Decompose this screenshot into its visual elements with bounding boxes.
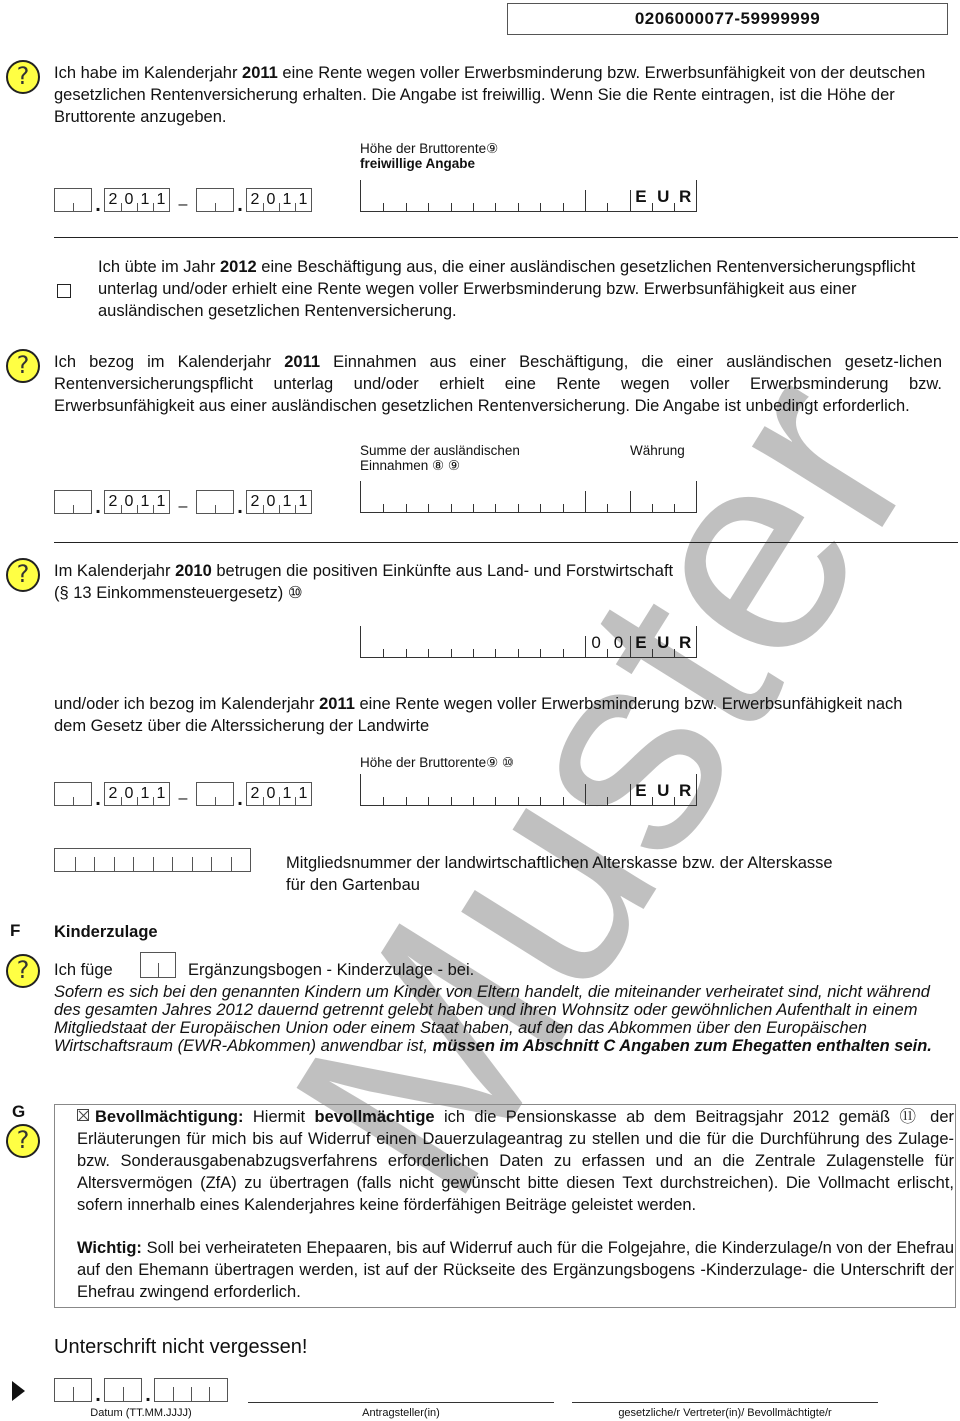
from-year-input[interactable]: 2011 bbox=[104, 782, 170, 806]
ausland-2011-text: Ich bezog im Kalenderjahr 2011 Einnahmen… bbox=[54, 351, 942, 417]
section-f-title: Kinderzulage bbox=[54, 921, 934, 943]
freiwillig-label: freiwillige Angabe bbox=[360, 156, 475, 171]
help-icon[interactable]: ? bbox=[6, 60, 40, 94]
section-f-note: Sofern es sich bei den genannten Kindern… bbox=[54, 983, 954, 1055]
from-month-input[interactable] bbox=[54, 490, 92, 514]
representative-signature-line[interactable] bbox=[572, 1402, 878, 1403]
bruttorente-label-2: Höhe der Bruttorente⑨ ⑩ bbox=[360, 755, 514, 770]
from-year-input[interactable]: 2011 bbox=[104, 490, 170, 514]
bruttorente-label: Höhe der Bruttorente⑨ bbox=[360, 141, 498, 156]
summe-label: Summe der ausländischen bbox=[360, 443, 520, 458]
waehrung-label: Währung bbox=[630, 443, 685, 458]
to-year-input[interactable]: 2011 bbox=[246, 782, 312, 806]
section-letter-f: F bbox=[10, 921, 20, 941]
day-input[interactable] bbox=[54, 1378, 92, 1402]
applicant-signature-line[interactable] bbox=[248, 1402, 554, 1403]
form-id: 0206000077-59999999 bbox=[507, 3, 948, 35]
ergaenzungsbogen-count-input[interactable] bbox=[140, 952, 176, 978]
help-icon[interactable]: ? bbox=[6, 349, 40, 383]
section-f-line-post: Ergänzungsbogen - Kinderzulage - bei. bbox=[188, 959, 788, 981]
period-field-3[interactable]: . 2011 – . 2011 bbox=[54, 782, 312, 806]
bevollmaechtigung-text: Bevollmächtigung: Hiermit bevollmächtige… bbox=[77, 1106, 954, 1216]
landwirtschaft-text: Im Kalenderjahr 2010 betrugen die positi… bbox=[54, 560, 934, 582]
bruttorente-amount-input[interactable]: EUR bbox=[360, 180, 697, 212]
ausland-2012-text: Ich übte im Jahr 2012 eine Beschäftigung… bbox=[98, 256, 938, 322]
help-icon[interactable]: ? bbox=[6, 1124, 40, 1158]
help-icon[interactable]: ? bbox=[6, 954, 40, 988]
date-label: Datum (TT.MM.JJJJ) bbox=[54, 1407, 228, 1419]
estg-reference: (§ 13 Einkommensteuergesetz) ⑩ bbox=[54, 582, 934, 604]
help-icon[interactable]: ? bbox=[6, 558, 40, 592]
mitgliedsnummer-label: Mitgliedsnummer der landwirtschaftlichen… bbox=[286, 852, 846, 896]
wichtig-text: Wichtig: Soll bei verheirateten Ehepaare… bbox=[77, 1237, 954, 1303]
bruttorente-landwirte-input[interactable]: EUR bbox=[360, 774, 697, 806]
from-month-input[interactable] bbox=[54, 782, 92, 806]
signature-date-input[interactable]: . . bbox=[54, 1378, 228, 1402]
alterssicherung-text: und/oder ich bezog im Kalenderjahr 2011 … bbox=[54, 693, 934, 737]
rente-de-text: Ich habe im Kalenderjahr 2011 eine Rente… bbox=[54, 62, 934, 128]
period-field-2[interactable]: . 2011 – . 2011 bbox=[54, 490, 312, 514]
to-month-input[interactable] bbox=[196, 782, 234, 806]
signature-reminder: Unterschrift nicht vergessen! bbox=[54, 1336, 307, 1359]
month-input[interactable] bbox=[104, 1378, 142, 1402]
to-year-input[interactable]: 2011 bbox=[246, 188, 312, 212]
mitgliedsnummer-input[interactable] bbox=[54, 848, 251, 872]
bevollmaechtigung-checkbox[interactable] bbox=[77, 1109, 89, 1121]
representative-label: gesetzliche/r Vertreter(in)/ Bevollmächt… bbox=[572, 1407, 878, 1419]
divider bbox=[54, 237, 958, 238]
divider bbox=[54, 542, 958, 543]
arrow-right-icon bbox=[12, 1381, 25, 1401]
from-month-input[interactable] bbox=[54, 188, 92, 212]
from-year-input[interactable]: 2011 bbox=[104, 188, 170, 212]
einkuenfte-land-forst-input[interactable]: 00 EUR bbox=[360, 626, 697, 658]
year-input[interactable] bbox=[154, 1378, 228, 1402]
applicant-label: Antragsteller(in) bbox=[248, 1407, 554, 1419]
section-letter-g: G bbox=[12, 1102, 25, 1122]
to-year-input[interactable]: 2011 bbox=[246, 490, 312, 514]
period-field-1[interactable]: . 2011 – . 2011 bbox=[54, 188, 312, 212]
auslaendische-einnahmen-input[interactable] bbox=[360, 481, 697, 513]
ausland-2012-checkbox[interactable] bbox=[57, 284, 71, 298]
to-month-input[interactable] bbox=[196, 188, 234, 212]
to-month-input[interactable] bbox=[196, 490, 234, 514]
einnahmen-label: Einnahmen ⑧ ⑨ bbox=[360, 458, 460, 473]
